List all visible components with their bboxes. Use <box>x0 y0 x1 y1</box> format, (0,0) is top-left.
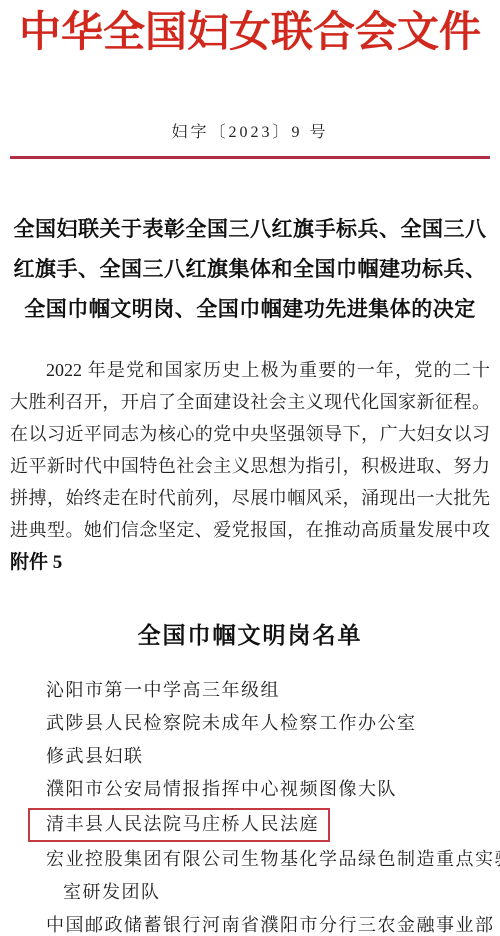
body-line: 拼搏，始终走在时代前列，尽展巾帼风采，涌现出一大批先 <box>10 482 490 514</box>
attachment-label: 附件 5 <box>10 548 490 578</box>
list-item: 修武县妇联 <box>10 740 490 773</box>
list-item-continuation: 室研发团队 <box>10 876 490 909</box>
list-item: 武陟县人民检察院未成年人检察工作办公室 <box>10 707 490 740</box>
document-title: 全国妇联关于表彰全国三八红旗手标兵、全国三八 红旗手、全国三八红旗集体和全国巾帼… <box>10 209 490 329</box>
list-item-text: 沁阳市第一中学高三年级组 <box>46 680 280 700</box>
letterhead-title: 中华全国妇女联合会文件 <box>10 4 490 62</box>
highlight-box: 清丰县人民法院马庄桥人民法庭 <box>28 808 330 842</box>
list-item: 沁阳市第一中学高三年级组 <box>10 674 490 707</box>
red-separator-line <box>10 156 490 159</box>
body-line: 在以习近平同志为核心的党中央坚强领导下，广大妇女以习 <box>10 418 490 450</box>
document-title-line: 全国妇联关于表彰全国三八红旗手标兵、全国三八 <box>10 209 490 249</box>
list-item: 宏业控股集团有限公司生物基化学品绿色制造重点实验 <box>10 843 490 876</box>
body-line: 2022 年是党和国家历史上极为重要的一年，党的二十 <box>10 354 490 386</box>
document-number: 妇字〔2023〕9 号 <box>10 124 490 142</box>
document-page: 中华全国妇女联合会文件 妇字〔2023〕9 号 全国妇联关于表彰全国三八红旗手标… <box>0 4 500 936</box>
list-item-text: 中国邮政储蓄银行河南省濮阳市分行三农金融事业部 <box>46 915 495 935</box>
list-item-text: 室研发团队 <box>63 882 161 902</box>
list-item-highlighted: 清丰县人民法院马庄桥人民法庭 <box>10 808 490 842</box>
body-line: 近平新时代中国特色社会主义思想为指引，积极进取、努力 <box>10 450 490 482</box>
document-title-line: 红旗手、全国三八红旗集体和全国巾帼建功标兵、 <box>10 249 490 289</box>
award-list: 沁阳市第一中学高三年级组 武陟县人民检察院未成年人检察工作办公室 修武县妇联 濮… <box>10 674 490 936</box>
list-item-text: 武陟县人民检察院未成年人检察工作办公室 <box>46 713 417 733</box>
list-item: 濮阳市公安局情报指挥中心视频图像大队 <box>10 773 490 806</box>
body-line: 进典型。她们信念坚定、爱党报国，在推动高质量发展中攻 <box>10 514 490 546</box>
list-item-text: 修武县妇联 <box>46 746 144 766</box>
list-section-heading: 全国巾帼文明岗名单 <box>10 622 490 650</box>
body-paragraph: 2022 年是党和国家历史上极为重要的一年，党的二十 大胜利召开，开启了全面建设… <box>10 354 490 546</box>
document-title-line: 全国巾帼文明岗、全国巾帼建功先进集体的决定 <box>10 289 490 329</box>
list-item-text: 濮阳市公安局情报指挥中心视频图像大队 <box>46 779 397 799</box>
list-item-text: 清丰县人民法院马庄桥人民法庭 <box>46 814 319 834</box>
list-item-text: 宏业控股集团有限公司生物基化学品绿色制造重点实验 <box>46 849 500 869</box>
list-item: 中国邮政储蓄银行河南省濮阳市分行三农金融事业部 <box>10 909 490 936</box>
body-line: 大胜利召开，开启了全面建设社会主义现代化国家新征程。 <box>10 386 490 418</box>
